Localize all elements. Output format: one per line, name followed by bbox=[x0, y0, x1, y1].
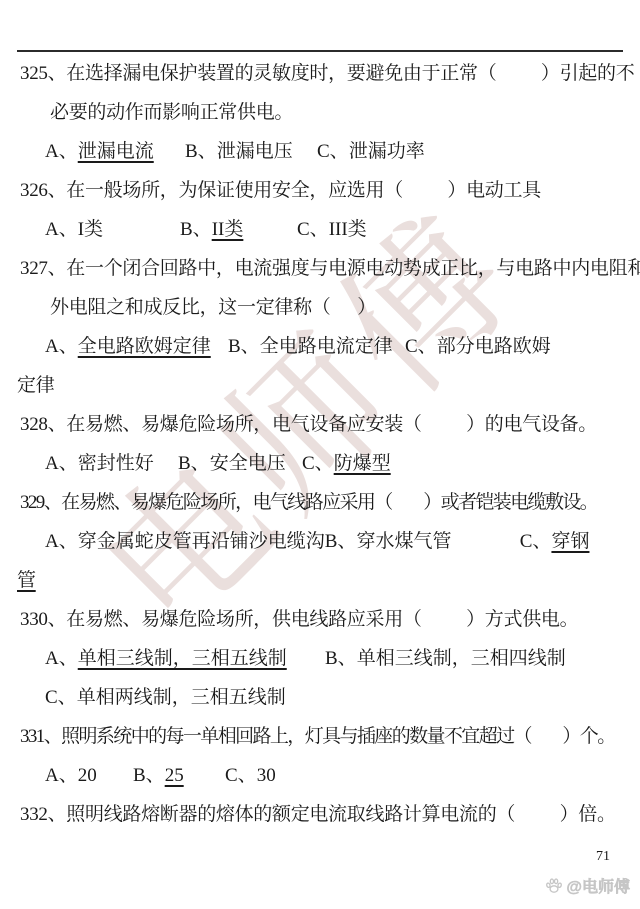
option-text: 穿水煤气管 bbox=[356, 531, 451, 552]
question-line: 331、照明系统中的每一单相回路上，灯具与插座的数量不宜超过（ ）个。 bbox=[20, 717, 624, 756]
question-line: 外电阻之和成反比，这一定律称（ ） bbox=[50, 288, 624, 327]
option-label: B、 bbox=[180, 219, 212, 240]
option-label: B、 bbox=[178, 453, 210, 474]
question-332: 332、照明线路熔断器的熔体的额定电流取线路计算电流的（ ）倍。 bbox=[20, 795, 624, 834]
page-number: 71 bbox=[596, 849, 610, 865]
question-line: 329、在易燃、易爆危险场所，电气线路应采用（ ）或者铠装电缆敷设。 bbox=[20, 483, 624, 522]
options-row: A、单相三线制，三相五线制B、单相三线制，三相四线制 bbox=[45, 639, 624, 678]
header-rule bbox=[17, 50, 623, 52]
option-B: B、穿水煤气管 bbox=[325, 522, 520, 561]
option-label: C、 bbox=[520, 531, 552, 552]
option-label: A、 bbox=[45, 219, 78, 240]
options-row: A、I类B、II类C、III类 bbox=[45, 210, 624, 249]
option-B: B、单相三线制，三相四线制 bbox=[325, 639, 566, 678]
question-line: 330、在易燃、易爆危险场所，供电线路应采用（ ）方式供电。 bbox=[20, 600, 624, 639]
option-label: C、 bbox=[45, 687, 77, 708]
question-330: 330、在易燃、易爆危险场所，供电线路应采用（ ）方式供电。A、单相三线制，三相… bbox=[20, 600, 624, 717]
option-label: B、 bbox=[185, 141, 217, 162]
options-row: A、穿金属蛇皮管再沿铺沙电缆沟B、穿水煤气管C、穿钢 bbox=[45, 522, 624, 561]
option-label: B、 bbox=[325, 648, 357, 669]
option-text: 20 bbox=[78, 765, 97, 786]
option-B: B、泄漏电压 bbox=[185, 132, 317, 171]
option-label: C、 bbox=[317, 141, 349, 162]
option-text: 泄漏电压 bbox=[217, 141, 293, 162]
option-label: A、 bbox=[45, 765, 78, 786]
option-text: 全电路电流定律 bbox=[260, 336, 393, 357]
document-page: 电师傅 325、在选择漏电保护装置的灵敏度时，要避免由于正常（ ）引起的不必要的… bbox=[0, 0, 640, 909]
option-label: C、 bbox=[302, 453, 334, 474]
question-line: 332、照明线路熔断器的熔体的额定电流取线路计算电流的（ ）倍。 bbox=[20, 795, 624, 834]
option-A: A、穿金属蛇皮管再沿铺沙电缆沟 bbox=[45, 522, 325, 561]
watermark-credit: @电师傅 bbox=[545, 874, 630, 897]
options-row: A、全电路欧姆定律B、全电路电流定律C、部分电路欧姆 bbox=[45, 327, 624, 366]
option-label: C、 bbox=[225, 765, 257, 786]
question-331: 331、照明系统中的每一单相回路上，灯具与插座的数量不宜超过（ ）个。A、20B… bbox=[20, 717, 624, 795]
option-label: A、 bbox=[45, 141, 78, 162]
question-line: 328、在易燃、易爆危险场所，电气设备应安装（ ）的电气设备。 bbox=[20, 405, 624, 444]
question-line: 325、在选择漏电保护装置的灵敏度时，要避免由于正常（ ）引起的不 bbox=[20, 54, 624, 93]
option-text: 防爆型 bbox=[334, 453, 391, 474]
option-label: A、 bbox=[45, 648, 78, 669]
question-list: 325、在选择漏电保护装置的灵敏度时，要避免由于正常（ ）引起的不必要的动作而影… bbox=[0, 54, 640, 834]
question-328: 328、在易燃、易爆危险场所，电气设备应安装（ ）的电气设备。A、密封性好B、安… bbox=[20, 405, 624, 483]
options-row: C、单相两线制，三相五线制 bbox=[45, 678, 624, 717]
question-325: 325、在选择漏电保护装置的灵敏度时，要避免由于正常（ ）引起的不必要的动作而影… bbox=[20, 54, 624, 171]
option-text: 穿钢 bbox=[551, 531, 589, 552]
option-B: B、安全电压 bbox=[178, 444, 302, 483]
options-row: A、泄漏电流B、泄漏电压C、泄漏功率 bbox=[45, 132, 624, 171]
option-B: B、全电路电流定律 bbox=[228, 327, 405, 366]
option-text: 25 bbox=[165, 765, 184, 786]
option-text: 单相三线制，三相五线制 bbox=[78, 648, 287, 669]
options-row: A、20B、25C、30 bbox=[45, 756, 624, 795]
question-line: 定律 bbox=[17, 366, 624, 405]
option-C: C、防爆型 bbox=[302, 444, 391, 483]
option-A: A、全电路欧姆定律 bbox=[45, 327, 228, 366]
question-329: 329、在易燃、易爆危险场所，电气线路应采用（ ）或者铠装电缆敷设。A、穿金属蛇… bbox=[20, 483, 624, 600]
question-326: 326、在一般场所，为保证使用安全，应选用（ ）电动工具A、I类B、II类C、I… bbox=[20, 171, 624, 249]
option-text: I类 bbox=[78, 219, 103, 240]
option-C: C、穿钢 bbox=[520, 522, 590, 561]
option-A: A、I类 bbox=[45, 210, 180, 249]
question-327: 327、在一个闭合回路中，电流强度与电源电动势成正比，与电路中内电阻和外电阻之和… bbox=[20, 249, 624, 405]
option-C: C、III类 bbox=[297, 210, 367, 249]
option-text: 泄漏功率 bbox=[349, 141, 425, 162]
option-label: B、 bbox=[133, 765, 165, 786]
question-line: 326、在一般场所，为保证使用安全，应选用（ ）电动工具 bbox=[20, 171, 624, 210]
option-label: B、 bbox=[228, 336, 260, 357]
paw-logo-icon bbox=[545, 877, 563, 895]
option-text: 密封性好 bbox=[78, 453, 154, 474]
options-row: A、密封性好B、安全电压C、防爆型 bbox=[45, 444, 624, 483]
option-text: 泄漏电流 bbox=[78, 141, 154, 162]
option-label: C、 bbox=[297, 219, 329, 240]
option-text: II类 bbox=[212, 219, 244, 240]
option-text: 单相两线制，三相五线制 bbox=[77, 687, 286, 708]
option-A: A、20 bbox=[45, 756, 133, 795]
option-text: 单相三线制，三相四线制 bbox=[357, 648, 566, 669]
option-B: B、25 bbox=[133, 756, 225, 795]
question-line: 必要的动作而影响正常供电。 bbox=[50, 93, 624, 132]
option-A: A、泄漏电流 bbox=[45, 132, 185, 171]
option-text: 穿金属蛇皮管再沿铺沙电缆沟 bbox=[78, 531, 325, 552]
question-line: 327、在一个闭合回路中，电流强度与电源电动势成正比，与电路中内电阻和 bbox=[20, 249, 624, 288]
option-label: A、 bbox=[45, 453, 78, 474]
option-A: A、密封性好 bbox=[45, 444, 178, 483]
option-C: C、单相两线制，三相五线制 bbox=[45, 678, 286, 717]
option-text: 全电路欧姆定律 bbox=[78, 336, 211, 357]
option-text: 30 bbox=[257, 765, 276, 786]
option-B: B、II类 bbox=[180, 210, 297, 249]
option-text: III类 bbox=[329, 219, 367, 240]
option-C: C、部分电路欧姆 bbox=[405, 327, 551, 366]
option-text: 部分电路欧姆 bbox=[437, 336, 551, 357]
option-text: 安全电压 bbox=[210, 453, 286, 474]
option-C: C、泄漏功率 bbox=[317, 132, 425, 171]
option-label: A、 bbox=[45, 531, 78, 552]
option-C: C、30 bbox=[225, 756, 276, 795]
question-line: 管 bbox=[17, 561, 624, 600]
option-label: B、 bbox=[325, 531, 357, 552]
option-A: A、单相三线制，三相五线制 bbox=[45, 639, 325, 678]
watermark-credit-text: @电师傅 bbox=[566, 874, 630, 897]
option-label: C、 bbox=[405, 336, 437, 357]
option-label: A、 bbox=[45, 336, 78, 357]
